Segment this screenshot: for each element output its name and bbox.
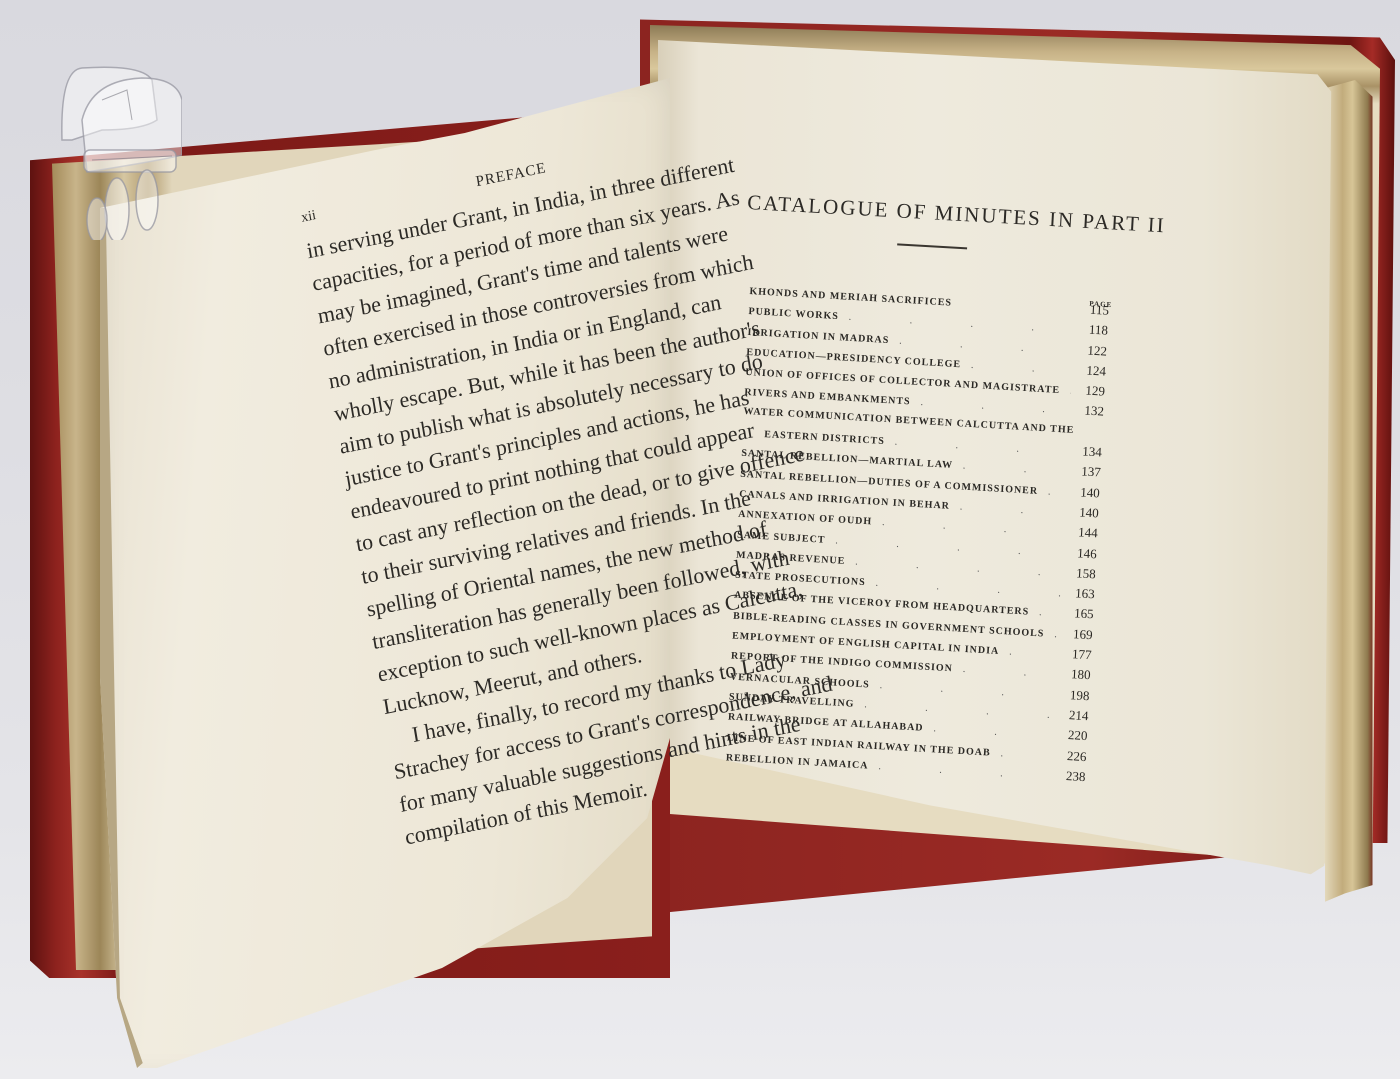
catalogue-list: PAGE Khonds and Meriah Sacrifices 115 Pu… (725, 282, 1109, 787)
right-page-edges (1325, 80, 1375, 910)
page-clip-icon (42, 60, 182, 240)
page-number: xii (300, 208, 317, 227)
